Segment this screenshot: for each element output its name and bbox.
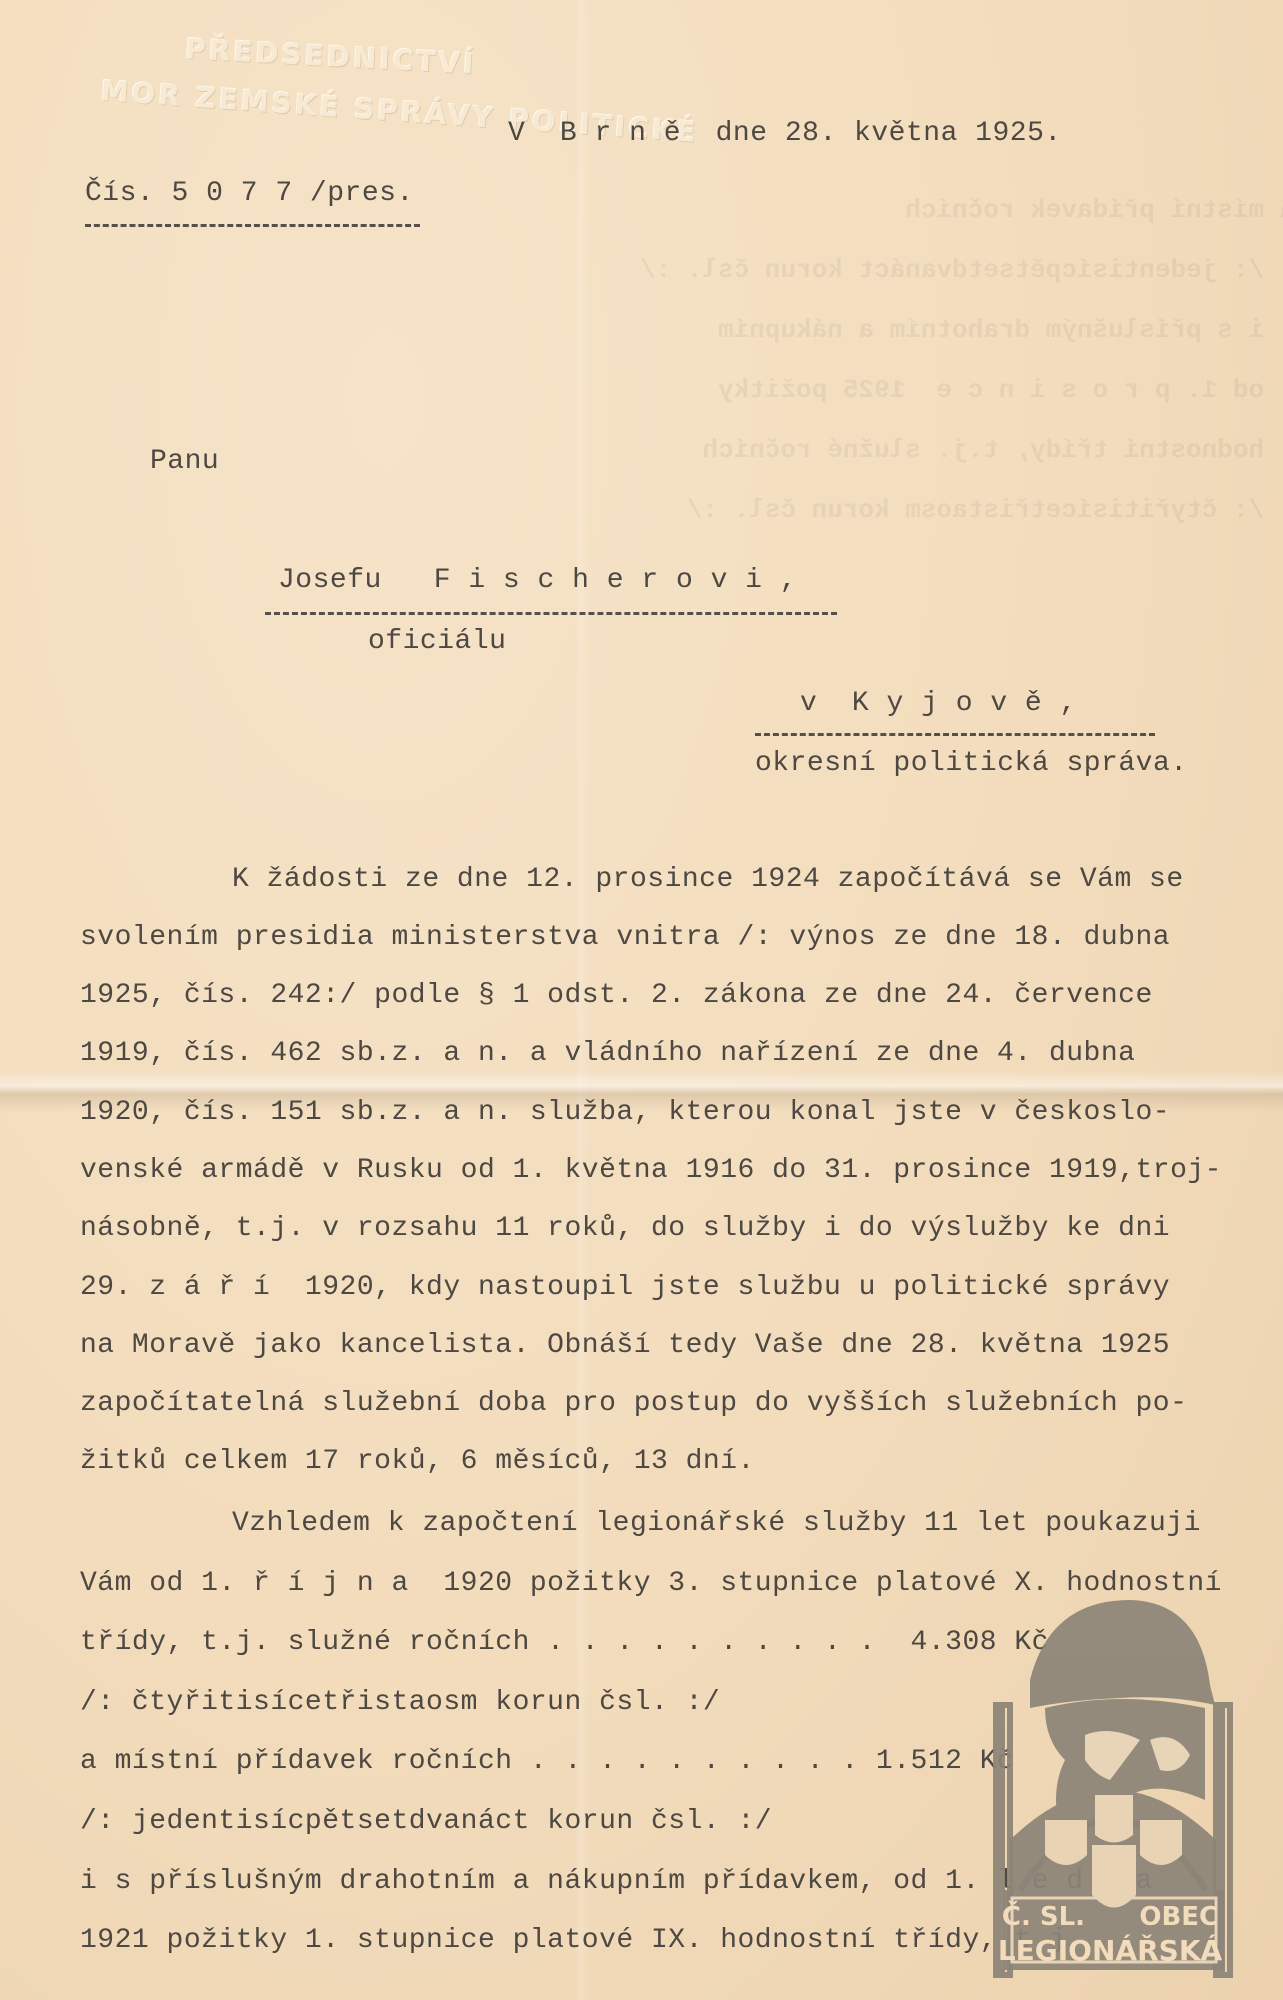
reference-underline [85,224,420,227]
body-line: K žádosti ze dne 12. prosince 1924 započ… [232,864,1184,895]
addressee-location: v K y j o v ě , [800,688,1077,719]
document-page: a místní přídavek ročních /: jedentisícp… [0,0,1283,2000]
body-line: žitků celkem 17 roků, 6 měsíců, 13 dní. [80,1446,755,1477]
body-line: 1919, čís. 462 sb.z. a n. a vládního nař… [80,1038,1135,1069]
watermark-line2: LEGIONÁŘSKÁ [990,1934,1230,1967]
salary-line: třídy, t.j. služné ročních . . . . . . .… [80,1627,1049,1658]
body-line: venské armádě v Rusku od 1. května 1916 … [80,1155,1222,1186]
local-allowance-words: /: jedentisícpětsetdvanáct korun čsl. :/ [80,1806,772,1837]
addressee-name-underline [265,612,837,615]
body-line: násobně, t.j. v rozsahu 11 roků, do služ… [80,1213,1170,1244]
addressee-name: Josefu F i s c h e r o v i , [278,565,797,596]
addressee-title: oficiálu [368,626,506,657]
body-line: 1925, čís. 242:/ podle § 1 odst. 2. záko… [80,980,1153,1011]
watermark-line1: Č. SL. OBEC [990,1902,1230,1932]
addressee-location-underline [755,733,1155,736]
reference-number: Čís. 5 0 7 7 /pres. [85,178,414,209]
local-allowance-line: a místní přídavek ročních . . . . . . . … [80,1746,1014,1777]
body-line: 29. z á ř í 1920, kdy nastoupil jste slu… [80,1272,1170,1303]
body-line: na Moravě jako kancelista. Obnáší tedy V… [80,1330,1170,1361]
salutation: Panu [150,446,219,477]
show-through-text: a místní přídavek ročních /: jedentisícp… [640,180,1283,540]
place-and-date: V B r n ě dne 28. května 1925. [508,118,1062,149]
salary-words: /: čtyřitisícetřistaosm korun čsl. :/ [80,1687,720,1718]
addressee-office: okresní politická správa. [755,748,1188,779]
body-line: Vzhledem k započtení legionářské služby … [232,1508,1201,1539]
body-line: 1920, čís. 151 sb.z. a n. služba, kterou… [80,1097,1170,1128]
body-line: 1921 požitky 1. stupnice platové IX. hod… [80,1925,1084,1956]
legion-watermark: Č. SL. OBEC LEGIONÁŘSKÁ [990,1590,1250,1980]
body-line: započítatelná služební doba pro postup d… [80,1388,1187,1419]
body-line: svolením presidia ministerstva vnitra /:… [80,922,1170,953]
embossed-letterhead-line1: PŘEDSEDNICTVÍ [184,32,477,80]
